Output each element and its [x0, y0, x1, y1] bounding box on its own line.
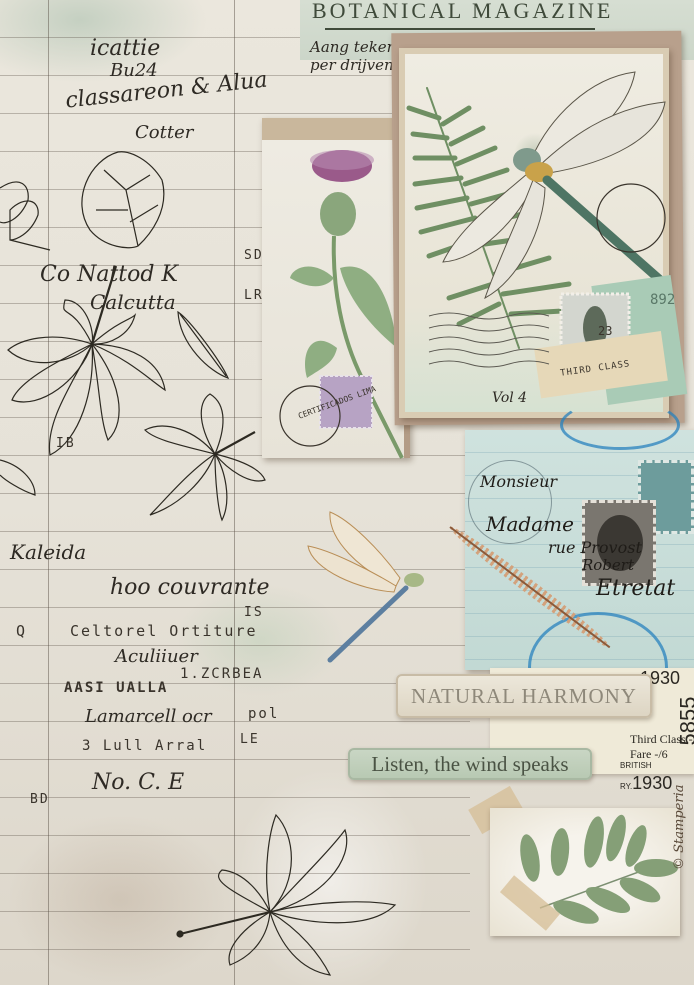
wind-speaks-label: Listen, the wind speaks [348, 748, 592, 780]
dragonfly-icon [443, 72, 667, 298]
blue-postmark-icon [560, 400, 680, 450]
letter-line: rue Provost [548, 538, 642, 557]
natural-harmony-label: NATURAL HARMONY [396, 674, 652, 718]
bottom-chestnut-leaf-icon [177, 815, 395, 975]
letter-line: Robert [582, 556, 634, 574]
letter-line: Etretat [596, 576, 675, 601]
postmark-icon [597, 184, 665, 252]
letter-line: Monsieur [480, 472, 557, 491]
green-ticket-number: 892 [650, 292, 675, 308]
chestnut-leaf-icon [8, 266, 165, 455]
stamp-value: 23 [598, 324, 612, 338]
heart-leaf-icon [82, 152, 164, 248]
title-rule [325, 28, 595, 30]
small-chestnut-leaf-icon [145, 394, 265, 520]
ticket-year-value: 1930 [632, 773, 672, 793]
copyright-mark: © Stamperia [672, 785, 687, 870]
letter-line: Madame [486, 512, 574, 536]
ticket-number: 5855 [675, 697, 694, 746]
vol-text: Vol 4 [492, 390, 527, 406]
magazine-handwriting: Aang teken [310, 38, 396, 56]
pressed-leaf-illustration [490, 808, 680, 936]
magazine-title: BOTANICAL MAGAZINE [312, 0, 613, 24]
small-dragonfly-icon [300, 500, 450, 670]
magazine-handwriting: per drijven [310, 56, 394, 74]
fern-dragonfly-illustration [399, 48, 689, 418]
